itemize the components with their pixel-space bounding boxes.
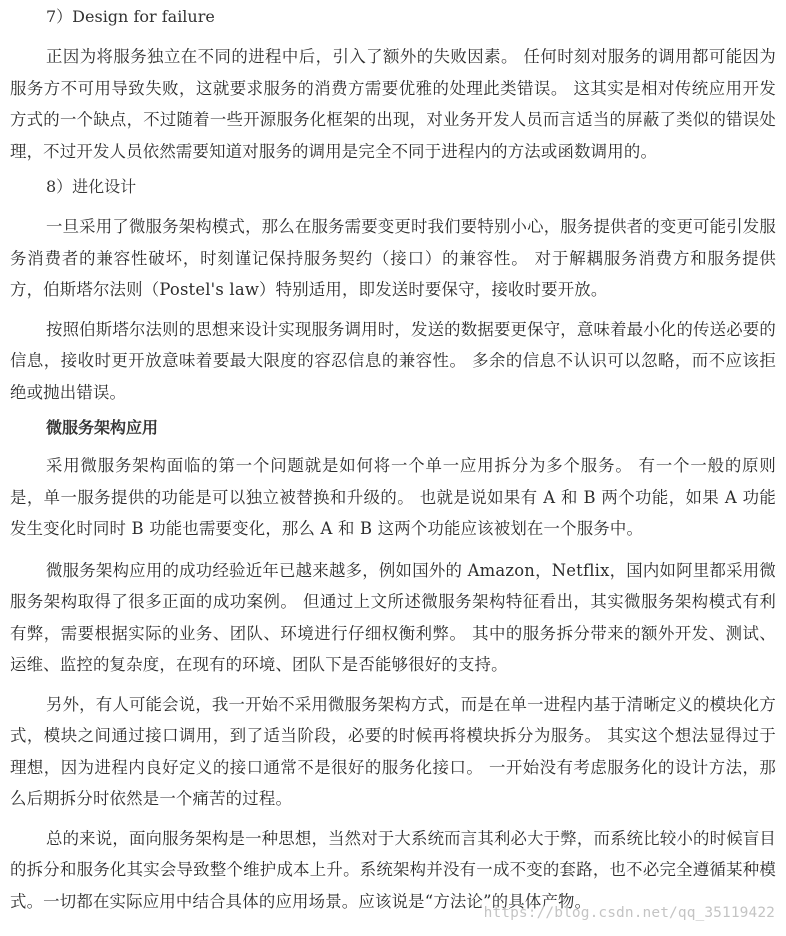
paragraph: 正因为将服务独立在不同的进程中后，引入了额外的失败因素。 任何时刻对服务的调用都… bbox=[10, 41, 776, 167]
section-heading-microservice-application: 微服务架构应用 bbox=[10, 418, 776, 438]
paragraph: 微服务架构应用的成功经验近年已越来越多，例如国外的 Amazon，Netflix… bbox=[10, 555, 776, 681]
paragraph: 一旦采用了微服务架构模式，那么在服务需要变更时我们要特别小心，服务提供者的变更可… bbox=[10, 211, 776, 306]
paragraph: 按照伯斯塔尔法则的思想来设计实现服务调用时，发送的数据要更保守，意味着最小化的传… bbox=[10, 314, 776, 409]
paragraph: 总的来说，面向服务架构是一种思想，当然对于大系统而言其利必大于弊，而系统比较小的… bbox=[10, 823, 776, 918]
section-heading-evolutionary-design: 8）进化设计 bbox=[10, 177, 776, 197]
paragraph: 另外，有人可能会说，我一开始不采用微服务架构方式，而是在单一进程内基于清晰定义的… bbox=[10, 689, 776, 815]
document-page: 7）Design for failure 正因为将服务独立在不同的进程中后，引入… bbox=[10, 0, 776, 917]
paragraph: 采用微服务架构面临的第一个问题就是如何将一个单一应用拆分为多个服务。 有一个一般… bbox=[10, 450, 776, 545]
watermark-url: https://blog.csdn.net/qq_35119422 bbox=[484, 905, 775, 921]
section-heading-design-for-failure: 7）Design for failure bbox=[10, 7, 776, 27]
